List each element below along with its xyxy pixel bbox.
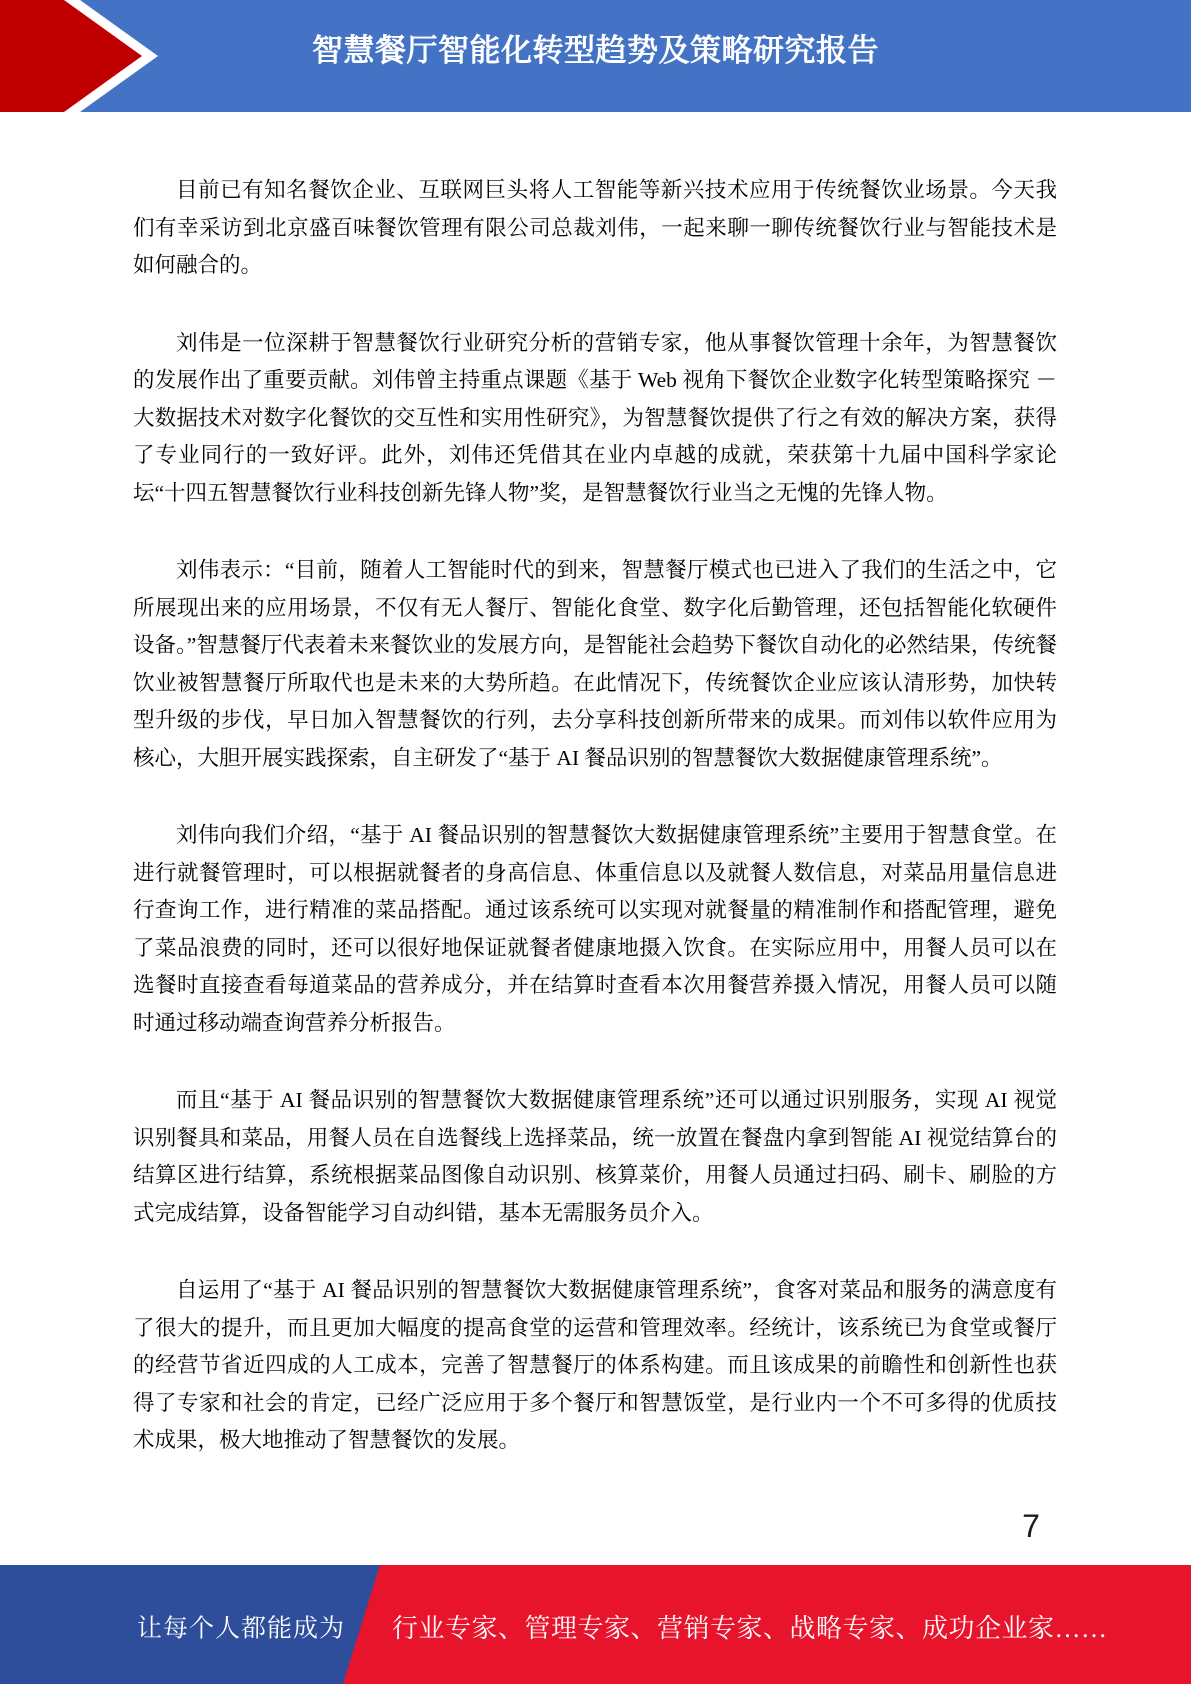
document-body: 目前已有知名餐饮企业、互联网巨头将人工智能等新兴技术应用于传统餐饮业场景。今天我… bbox=[133, 172, 1057, 1500]
page-title: 智慧餐厅智能化转型趋势及策略研究报告 bbox=[0, 0, 1191, 112]
report-page: 智慧餐厅智能化转型趋势及策略研究报告 目前已有知名餐饮企业、互联网巨头将人工智能… bbox=[0, 0, 1191, 1684]
footer-bar: 让每个人都能成为 行业专家、管理专家、营销专家、战略专家、成功企业家…… bbox=[0, 1565, 1191, 1684]
body-paragraph: 刘伟表示：“目前，随着人工智能时代的到来，智慧餐厅模式也已进入了我们的生活之中，… bbox=[133, 552, 1057, 777]
body-paragraph: 而且“基于 AI 餐品识别的智慧餐饮大数据健康管理系统”还可以通过识别服务，实现… bbox=[133, 1082, 1057, 1232]
body-paragraph: 目前已有知名餐饮企业、互联网巨头将人工智能等新兴技术应用于传统餐饮业场景。今天我… bbox=[133, 172, 1057, 285]
body-paragraph: 刘伟是一位深耕于智慧餐饮行业研究分析的营销专家，他从事餐饮管理十余年，为智慧餐饮… bbox=[133, 325, 1057, 513]
header-banner: 智慧餐厅智能化转型趋势及策略研究报告 bbox=[0, 0, 1191, 112]
footer-slogan-left: 让每个人都能成为 bbox=[0, 1608, 345, 1644]
body-paragraph: 刘伟向我们介绍，“基于 AI 餐品识别的智慧餐饮大数据健康管理系统”主要用于智慧… bbox=[133, 817, 1057, 1042]
footer-slogan-right: 行业专家、管理专家、营销专家、战略专家、成功企业家…… bbox=[392, 1607, 1108, 1644]
page-number: 7 bbox=[996, 1508, 1066, 1545]
body-paragraph: 自运用了“基于 AI 餐品识别的智慧餐饮大数据健康管理系统”，食客对菜品和服务的… bbox=[133, 1272, 1057, 1460]
